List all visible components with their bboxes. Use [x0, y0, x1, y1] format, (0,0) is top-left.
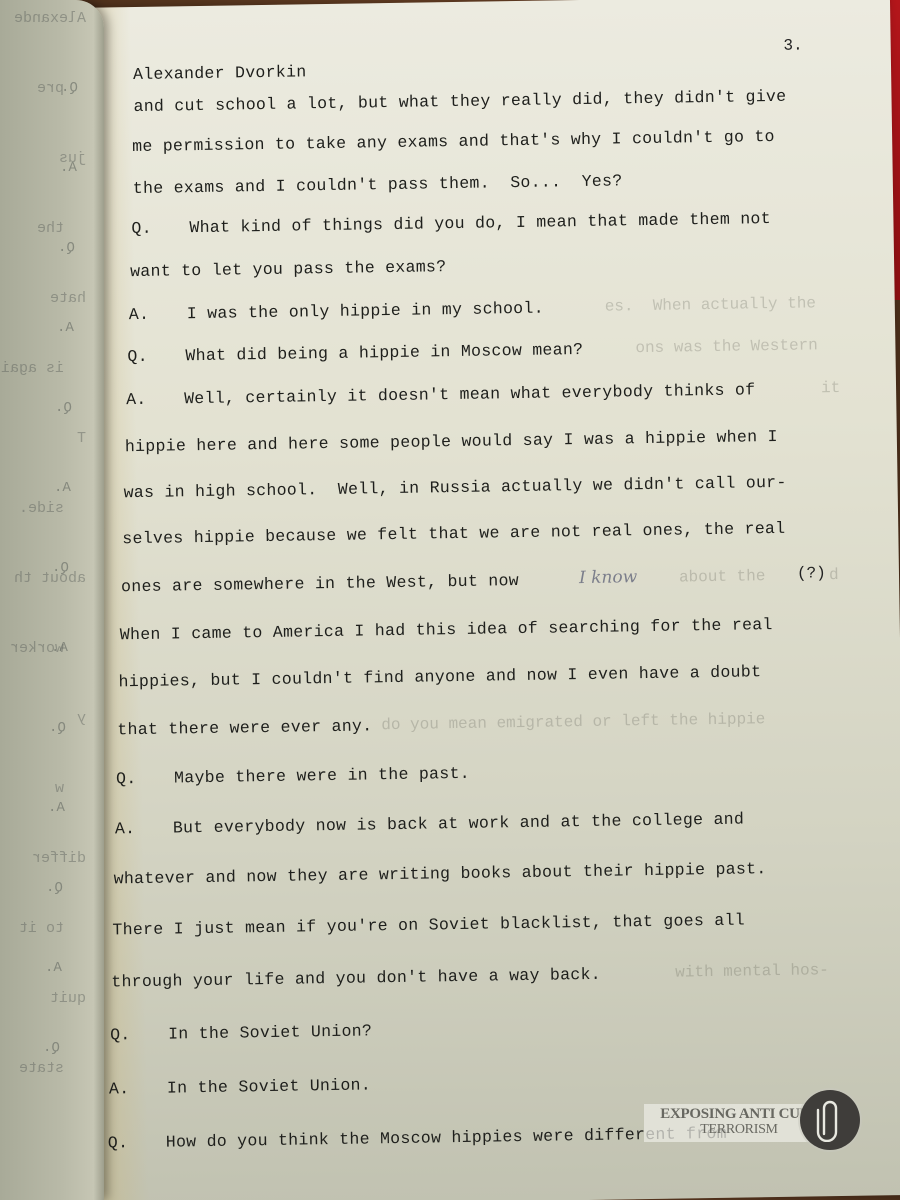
mirrored-text-fragment: differ: [32, 850, 86, 867]
answer-line: A.In the Soviet Union.: [109, 1075, 371, 1098]
mirrored-qa-marker: Q.: [61, 80, 78, 96]
question-marker: Q.: [110, 1025, 168, 1045]
transcript-line: selves hippie because we felt that we ar…: [122, 519, 785, 548]
show-through-text: about the: [679, 567, 766, 586]
show-through-text: ons was the Western: [635, 336, 818, 357]
question-line: Q.Maybe there were in the past.: [116, 764, 470, 789]
question-line: Q.What kind of things did you do, I mean…: [131, 209, 771, 238]
line-text: and cut school a lot, but what they real…: [133, 87, 786, 116]
line-text: In the Soviet Union?: [168, 1021, 372, 1043]
transcript-line: ones are somewhere in the West, but now: [121, 571, 519, 596]
transcript-line: through your life and you don't have a w…: [111, 965, 601, 992]
question-line: Q.What did being a hippie in Moscow mean…: [127, 340, 583, 366]
mirrored-text-fragment: pre: [37, 80, 64, 97]
mirrored-text-fragment: to it: [19, 920, 64, 937]
line-text: selves hippie because we felt that we ar…: [122, 519, 785, 548]
line-text: When I came to America I had this idea o…: [120, 615, 773, 644]
interviewee-name-header: Alexander Dvorkin: [133, 62, 307, 84]
answer-marker: A.: [126, 389, 184, 409]
handwritten-annotation: I know: [579, 567, 637, 588]
line-text: I was the only hippie in my school.: [187, 299, 544, 324]
line-text: me permission to take any exams and that…: [132, 127, 775, 156]
show-through-text: es. When actually the: [605, 294, 816, 315]
line-text: whatever and now they are writing books …: [114, 859, 767, 888]
line-text: In the Soviet Union.: [167, 1075, 371, 1097]
show-through-text: do you mean emigrated or left the hippie: [381, 710, 765, 734]
transcript-line: want to let you pass the exams?: [130, 257, 447, 281]
question-marker: Q.: [127, 346, 185, 366]
question-line: Q.How do you think the Moscow hippies we…: [108, 1124, 727, 1153]
mirrored-qa-marker: Q.: [52, 560, 69, 576]
line-text: Maybe there were in the past.: [174, 764, 470, 788]
transcript-line: and cut school a lot, but what they real…: [133, 87, 786, 116]
transcript-line: When I came to America I had this idea o…: [120, 615, 773, 644]
mirrored-qa-marker: Q.: [43, 1040, 60, 1056]
mirrored-qa-marker: A.: [57, 320, 74, 336]
line-text: hippies, but I couldn't find anyone and …: [118, 662, 761, 691]
transcript-line: was in high school. Well, in Russia actu…: [123, 473, 786, 502]
mirrored-qa-marker: Q.: [58, 240, 75, 256]
mirrored-text-fragment: hate: [50, 290, 86, 307]
show-through-text: with mental hos-: [675, 961, 829, 981]
mirrored-text-fragment: side.: [19, 500, 64, 517]
mirrored-text-fragment: y: [77, 710, 86, 727]
mirrored-qa-marker: Q.: [46, 880, 63, 896]
mirrored-text-fragment: state: [19, 1060, 64, 1077]
answer-marker: A.: [129, 304, 187, 324]
line-text: There I just mean if you're on Soviet bl…: [112, 911, 745, 940]
mirrored-text-fragment: is agai: [1, 360, 64, 377]
mirrored-text-fragment: Alexande: [14, 10, 86, 27]
line-text: Well, certainly it doesn't mean what eve…: [184, 380, 756, 408]
transcript-line: that there were ever any.: [117, 716, 372, 739]
paperclip-icon: [800, 1090, 860, 1150]
line-text: hippie here and here some people would s…: [125, 427, 778, 456]
page-number: 3.: [783, 36, 802, 54]
answer-marker: A.: [115, 818, 173, 838]
mirrored-qa-marker: A.: [45, 960, 62, 976]
mirrored-text-fragment: T: [77, 430, 86, 447]
mirrored-qa-marker: A.: [48, 800, 65, 816]
transcript-line: hippies, but I couldn't find anyone and …: [118, 662, 761, 691]
question-marker: Q.: [116, 768, 174, 788]
question-marker: Q.: [108, 1133, 166, 1153]
mirrored-qa-marker: A.: [54, 480, 71, 496]
mirrored-qa-marker: Q.: [49, 720, 66, 736]
transcript-line: me permission to take any exams and that…: [132, 127, 775, 156]
mirrored-text-fragment: w: [55, 780, 64, 797]
mirrored-qa-marker: A.: [60, 160, 77, 176]
mirrored-qa-marker: Q.: [55, 400, 72, 416]
answer-marker: A.: [109, 1079, 167, 1099]
transcript-page: 3. Alexander Dvorkin and cut school a lo…: [70, 0, 900, 1200]
mirrored-text-fragment: about th: [14, 570, 86, 587]
line-text: want to let you pass the exams?: [130, 257, 447, 281]
mirrored-text-fragment: quit: [50, 990, 86, 1007]
transcript-line: whatever and now they are writing books …: [114, 859, 767, 888]
transcript-line: the exams and I couldn't pass them. So..…: [133, 171, 623, 198]
show-through-text: d: [829, 566, 839, 584]
answer-line: A.I was the only hippie in my school.: [129, 299, 544, 325]
uncertain-mark: (?): [797, 564, 826, 582]
mirrored-qa-marker: A.: [51, 640, 68, 656]
line-text: that there were ever any.: [117, 716, 372, 739]
line-text: What did being a hippie in Moscow mean?: [185, 340, 583, 365]
line-text: ones are somewhere in the West, but now: [121, 571, 519, 596]
line-text: the exams and I couldn't pass them. So..…: [133, 171, 623, 198]
line-text: But everybody now is back at work and at…: [173, 810, 745, 838]
answer-line: A.But everybody now is back at work and …: [115, 810, 745, 839]
line-text: What kind of things did you do, I mean t…: [189, 209, 771, 237]
show-through-text: it: [821, 379, 840, 397]
previous-page: Alexandeprejusthehateis agaiTside.about …: [0, 0, 104, 1200]
mirrored-text-fragment: the: [37, 220, 64, 237]
line-text: was in high school. Well, in Russia actu…: [123, 473, 786, 502]
transcript-line: There I just mean if you're on Soviet bl…: [112, 911, 745, 940]
line-text: How do you think the Moscow hippies were…: [166, 1124, 727, 1152]
transcript-line: hippie here and here some people would s…: [125, 427, 778, 456]
answer-line: A.Well, certainly it doesn't mean what e…: [126, 380, 756, 409]
question-line: Q.In the Soviet Union?: [110, 1021, 372, 1044]
line-text: through your life and you don't have a w…: [111, 965, 601, 992]
question-marker: Q.: [131, 218, 189, 238]
